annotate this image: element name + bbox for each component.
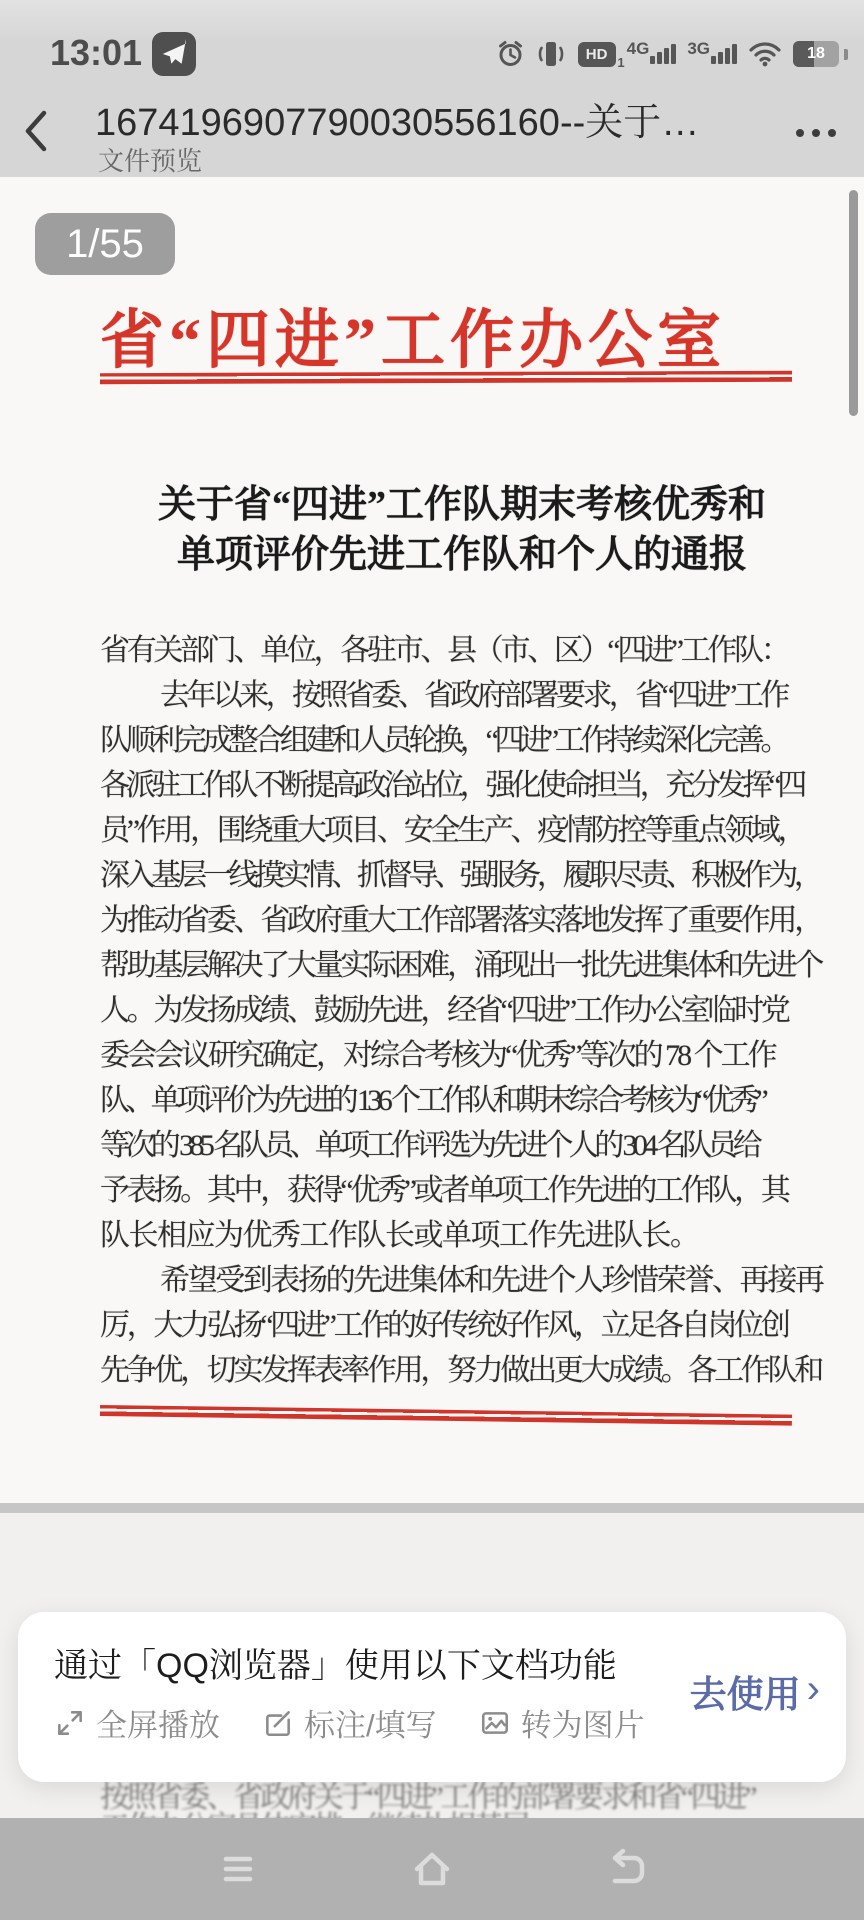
doc-line: 人。为发扬成绩、鼓励先进，经省“四进”工作办公室临时党 <box>100 988 824 1033</box>
clock-time: 13:01 <box>50 32 142 74</box>
fullscreen-icon <box>54 1707 86 1739</box>
menu-button[interactable] <box>215 1846 261 1892</box>
convert-to-image-button[interactable]: 转为图片 <box>479 1700 645 1745</box>
doc-line: 队长相应为优秀工作队长或单项工作先进队长。 <box>100 1213 824 1258</box>
chevron-right-icon: › <box>807 1667 820 1712</box>
doc-body: 省有关部门、单位，各驻市、县（市、区）“四进”工作队： 去年以来，按照省委、省政… <box>100 628 824 1393</box>
menu-icon <box>215 1846 261 1892</box>
file-title: 1674196907790030556160--关于… <box>95 91 795 146</box>
doc-line: 委会会议研究确定，对综合考核为“优秀”等次的 78 个工作 <box>100 1033 824 1078</box>
more-menu-button[interactable] <box>796 121 836 145</box>
hd-label: HD <box>586 46 608 63</box>
feature-label: 全屏播放 <box>96 1700 220 1745</box>
doc-salutation: 省有关部门、单位，各驻市、县（市、区）“四进”工作队： <box>100 628 824 673</box>
back-icon <box>22 107 50 155</box>
doc-line: 员”作用，围绕重大项目、安全生产、疫情防控等重点领域， <box>100 808 824 853</box>
doc-letterhead: 省“四进”工作办公室 <box>100 289 824 381</box>
back-button[interactable] <box>22 103 66 159</box>
doc-line: 先争优，切实发挥表率作用，努力做出更大成绩。各工作队和 <box>100 1348 824 1393</box>
doc-line: 队顺利完成整合组建和人员轮换，“四进”工作持续深化完善。 <box>100 718 824 763</box>
doc-line: 队、单项评价为先进的 136 个工作队和期末综合考核为“优秀” <box>100 1078 824 1123</box>
system-nav-bar <box>0 1818 864 1920</box>
home-button[interactable] <box>409 1846 455 1892</box>
doc-line: 各派驻工作队不断提高政治站位，强化使命担当，充分发挥“四 <box>100 763 824 808</box>
screen: 13:01 HD 1 4G <box>0 0 864 1920</box>
doc-title-line2: 单项评价先进工作队和个人的通报 <box>100 523 824 578</box>
telegram-icon <box>152 32 196 76</box>
vibrate-icon <box>535 39 567 69</box>
signal-bars-4g <box>650 44 676 64</box>
letterhead-rule <box>100 371 792 384</box>
battery-icon: 18 <box>793 41 839 67</box>
net-3g-label: 3G <box>687 42 710 56</box>
page-separator <box>0 1503 864 1513</box>
doc-footer-rule <box>100 1405 792 1426</box>
battery-level: 18 <box>793 41 839 67</box>
preview-label: 文件预览 <box>98 141 202 178</box>
return-icon <box>603 1846 649 1892</box>
net-4g-label: 4G <box>627 42 650 56</box>
feature-label: 标注/填写 <box>304 1700 437 1745</box>
annotate-icon <box>262 1707 294 1739</box>
doc-line: 希望受到表扬的先进集体和先进个人珍惜荣誉、再接再 <box>100 1258 824 1303</box>
wifi-icon <box>748 40 782 68</box>
signal-3g-icon: 3G <box>687 44 737 64</box>
doc-line-faint: 工作办公室具体安排，继续扎根基层，…… <box>100 1805 824 1818</box>
status-bar: 13:01 HD 1 4G <box>0 30 864 82</box>
home-icon <box>409 1844 455 1894</box>
more-icon <box>812 129 820 137</box>
battery-nub <box>844 49 848 60</box>
annotate-fill-button[interactable]: 标注/填写 <box>262 1700 437 1745</box>
qq-browser-promo-card: 通过「QQ浏览器」使用以下文档功能 去使用 › 全屏播放 <box>18 1612 846 1782</box>
feature-label: 转为图片 <box>521 1700 645 1745</box>
hd-icon: HD 1 <box>578 42 616 67</box>
alarm-icon <box>497 39 524 69</box>
app-bar: 1674196907790030556160--关于… 文件预览 <box>0 85 864 177</box>
go-use-button[interactable]: 去使用 › <box>690 1664 820 1718</box>
to-image-icon <box>479 1707 511 1739</box>
promo-title: 通过「QQ浏览器」使用以下文档功能 <box>54 1638 617 1687</box>
more-icon <box>796 129 804 137</box>
signal-4g-icon: 4G <box>627 44 677 64</box>
hd-sub: 1 <box>617 55 624 70</box>
doc-line: 帮助基层解决了大量实际困难，涌现出一批先进集体和先进个 <box>100 943 824 988</box>
doc-line: 深入基层一线摸实情、抓督导、强服务，履职尽责、积极作为， <box>100 853 824 898</box>
doc-line: 等次的 385 名队员、单项工作评选为先进个人的 304 名队员给 <box>100 1123 824 1168</box>
back-nav-button[interactable] <box>603 1846 649 1892</box>
top-chrome: 13:01 HD 1 4G <box>0 0 864 177</box>
doc-title-line1: 关于省“四进”工作队期末考核优秀和 <box>100 473 824 528</box>
doc-line: 为推动省委、省政府重大工作部署落实落地发挥了重要作用， <box>100 898 824 943</box>
status-icons: HD 1 4G 3G <box>497 36 848 72</box>
signal-bars-3g <box>711 44 737 64</box>
page-indicator-badge: 1/55 <box>35 213 175 275</box>
doc-line: 去年以来，按照省委、省政府部署要求，省“四进”工作 <box>100 673 824 718</box>
go-use-label: 去使用 <box>690 1664 801 1718</box>
doc-line: 予表扬。其中，获得“优秀”或者单项工作先进的工作队，其 <box>100 1168 824 1213</box>
doc-line: 厉，大力弘扬“四进”工作的好传统好作风，立足各自岗位创 <box>100 1303 824 1348</box>
fullscreen-play-button[interactable]: 全屏播放 <box>54 1700 220 1745</box>
document-viewer: 1/55 省“四进”工作办公室 关于省“四进”工作队期末考核优秀和 单项评价先进… <box>0 177 864 1503</box>
feature-row: 全屏播放 标注/填写 转为 <box>54 1700 645 1745</box>
scrollbar-thumb[interactable] <box>849 190 858 416</box>
more-icon <box>828 129 836 137</box>
